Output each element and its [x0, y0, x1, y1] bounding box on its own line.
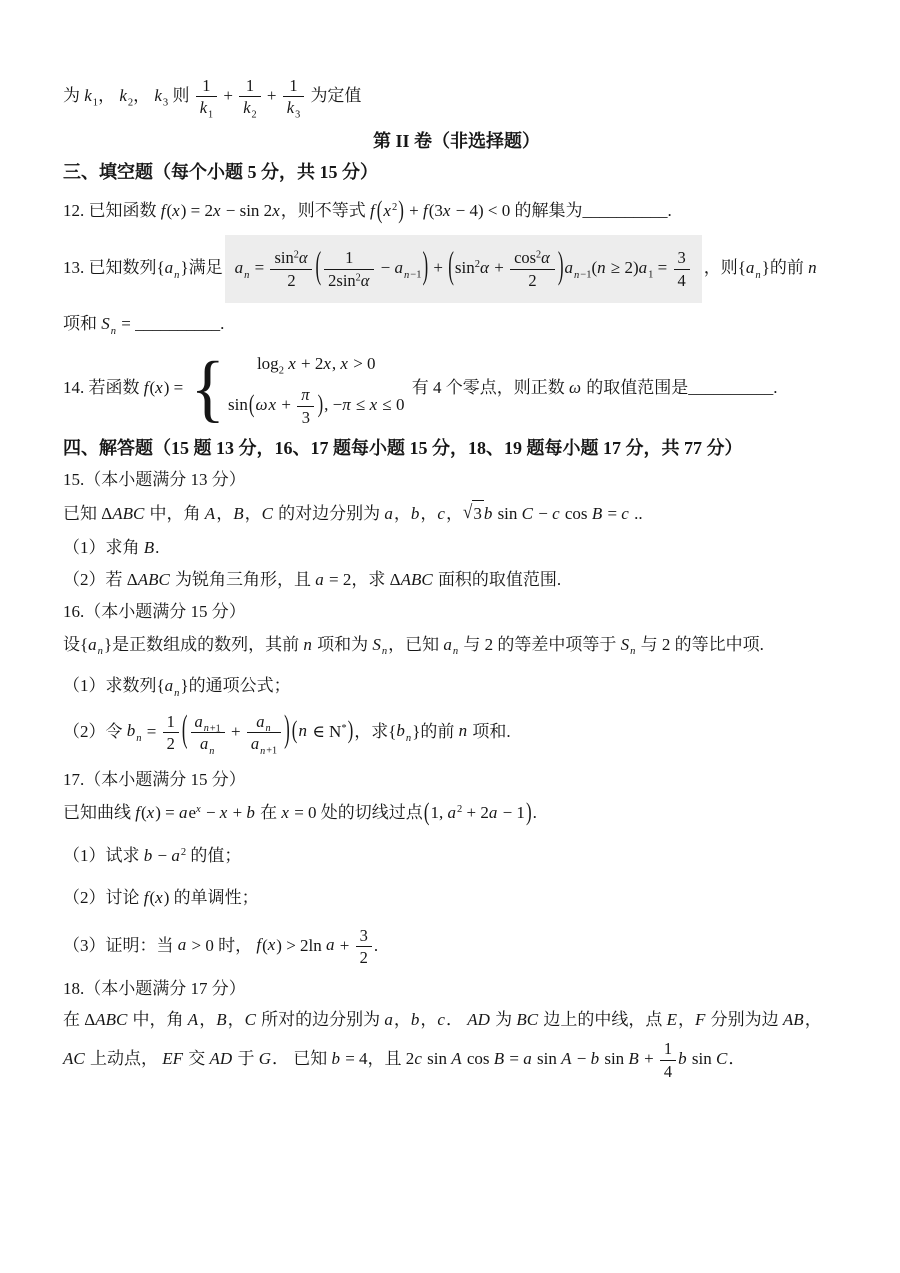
- math-var: c: [414, 1049, 423, 1068]
- text-run: ..: [630, 504, 643, 523]
- text-run: +: [336, 935, 354, 954]
- text-run: −: [202, 803, 220, 822]
- text-run: =: [143, 721, 161, 740]
- text-run: 2sin: [328, 271, 355, 290]
- radicand: 3: [472, 500, 484, 527]
- text-run: 上动点，: [86, 1049, 163, 1068]
- denominator: an+1: [247, 733, 281, 753]
- text-run: 已知曲线: [63, 803, 135, 822]
- math-var: a: [564, 258, 574, 277]
- subscript: n: [209, 746, 215, 757]
- text-run: sin: [274, 248, 293, 267]
- superscript: 2: [392, 202, 397, 213]
- math-var: b: [127, 721, 137, 740]
- math-var: AD: [210, 1049, 234, 1068]
- text-run: log: [257, 354, 279, 373]
- math-var: x: [172, 201, 181, 220]
- text-run: ) 的单调性；: [164, 888, 259, 907]
- superscript: *: [341, 723, 346, 734]
- math-var: B: [494, 1049, 505, 1068]
- math-var: n: [459, 721, 469, 740]
- text-run: 中，角: [145, 504, 205, 523]
- math-var: b: [331, 1049, 341, 1068]
- math-var: S: [101, 314, 111, 333]
- numerator: an+1: [191, 712, 225, 733]
- text-run: +: [405, 201, 423, 220]
- big-delimiter: (: [182, 701, 188, 758]
- denominator: 2: [356, 947, 372, 967]
- fraction: 34: [674, 248, 690, 290]
- question-12: 12. 已知函数 f(x) = 2x − sin 2x，则不等式 f(x2) +…: [63, 198, 850, 224]
- math-var: n: [298, 721, 308, 740]
- text-run: sin: [493, 504, 521, 523]
- text-run: 为: [491, 1010, 517, 1029]
- text-run: (3: [429, 201, 443, 220]
- subscript: 2: [252, 110, 257, 121]
- text-run: 设{: [63, 635, 88, 654]
- text-run: ，: [394, 504, 411, 523]
- math-var: b: [396, 721, 406, 740]
- answer-blank: __________: [135, 314, 220, 333]
- subscript: n−1: [404, 270, 421, 281]
- math-var: G: [259, 1049, 272, 1068]
- fraction: 1k1: [196, 76, 217, 118]
- superscript: 2: [356, 272, 361, 283]
- fraction: 1k3: [283, 76, 304, 118]
- math-var: n: [209, 746, 215, 757]
- subscript: n: [266, 723, 272, 734]
- text-run: ，已知: [388, 635, 443, 654]
- math-var: π: [301, 385, 310, 404]
- text-run: sin: [688, 1049, 716, 1068]
- text-run: (: [262, 935, 268, 954]
- fraction: anan+1: [247, 712, 281, 754]
- text-run: 3: [295, 110, 300, 121]
- big-delimiter: ): [526, 793, 532, 831]
- text-run: =: [250, 258, 268, 277]
- math-var: α: [541, 248, 551, 267]
- text-run: 已知 Δ: [63, 504, 112, 523]
- text-run: ，: [420, 1010, 437, 1029]
- text-run: 与 2 的等差中项等于: [459, 635, 621, 654]
- question-17-part2: （2）讨论 f(x) 的单调性；: [63, 885, 850, 911]
- case-row: log2 x + 2x, x > 0: [257, 351, 376, 377]
- numerator: an: [247, 712, 281, 733]
- math-var: α: [480, 258, 490, 277]
- text-run: − 4) < 0 的解集为: [451, 201, 582, 220]
- text-run: 3: [473, 504, 482, 523]
- math-var: ω: [256, 395, 269, 414]
- section3-heading: 三、填空题（每个小题 5 分，共 15 分）: [63, 159, 850, 186]
- math-var: ABC: [95, 1010, 128, 1029]
- math-var: a: [746, 258, 756, 277]
- math-var: n: [597, 258, 607, 277]
- text-run: 在 Δ: [63, 1010, 95, 1029]
- text-run: ． 已知: [272, 1049, 332, 1068]
- text-run: 有 4 个零点，则正数: [407, 378, 569, 397]
- question-16-part1: （1）求数列{an}的通项公式；: [63, 673, 850, 699]
- text-run: +: [490, 258, 508, 277]
- text-run: sin: [423, 1049, 451, 1068]
- math-var: E: [667, 1010, 678, 1029]
- radical: √3: [463, 500, 484, 527]
- text-run: }是正数组成的数列，其前: [104, 635, 303, 654]
- text-run: 1,: [430, 803, 447, 822]
- text-run: =: [653, 258, 671, 277]
- text-run: cos: [463, 1049, 494, 1068]
- big-delimiter: ): [284, 701, 290, 758]
- math-var: a: [447, 803, 457, 822]
- text-run: =: [603, 504, 621, 523]
- fraction: π3: [297, 385, 314, 427]
- text-run: .: [533, 803, 537, 822]
- text-run: 14. 若函数: [63, 378, 144, 397]
- denominator: an: [191, 733, 225, 753]
- math-var: x: [272, 201, 281, 220]
- question-17-part1: （1）试求 b − a2 的值；: [63, 843, 850, 869]
- math-var: x: [383, 201, 392, 220]
- text-run: 2: [360, 948, 368, 967]
- fraction: 14: [660, 1039, 676, 1081]
- math-var: ω: [569, 378, 582, 397]
- math-var: c: [552, 504, 561, 523]
- math-var: c: [437, 504, 446, 523]
- fraction: 12: [163, 712, 179, 754]
- text-run: ∈ N: [308, 721, 341, 740]
- text-run: .: [220, 314, 224, 333]
- subscript: 3: [295, 110, 300, 121]
- math-var: ABC: [401, 570, 434, 589]
- text-run: +: [227, 721, 245, 740]
- text-run: sin: [600, 1049, 628, 1068]
- numerator: 1: [196, 76, 217, 97]
- text-run: 1: [208, 110, 213, 121]
- text-run: ，: [678, 1010, 695, 1029]
- math-var: C: [522, 504, 534, 523]
- math-var: C: [262, 504, 274, 523]
- text-run: 交: [184, 1049, 210, 1068]
- text-run: ≥ 2): [607, 258, 639, 277]
- text-run: 1: [167, 712, 175, 731]
- text-run: ≤: [352, 395, 370, 414]
- text-run: ，: [216, 504, 233, 523]
- text-run: ，: [805, 1010, 822, 1029]
- text-run: − sin 2: [222, 201, 273, 220]
- math-var: x: [213, 201, 222, 220]
- math-var: a: [251, 734, 260, 753]
- question-17-title: 17.（本小题满分 15 分）: [63, 767, 850, 793]
- text-run: +1: [266, 746, 277, 757]
- text-run: 中，角: [128, 1010, 188, 1029]
- text-run: e: [188, 803, 196, 822]
- text-run: 在: [256, 803, 282, 822]
- big-delimiter: (: [377, 191, 383, 229]
- text-run: − 1: [498, 803, 525, 822]
- math-var: x: [370, 395, 379, 414]
- math-var: x: [155, 888, 164, 907]
- subscript: n+1: [260, 746, 277, 757]
- math-var: b: [411, 504, 421, 523]
- numerator: 1: [660, 1039, 676, 1060]
- text-run: 12. 已知函数: [63, 201, 161, 220]
- math-var: S: [621, 635, 631, 654]
- text-run: , −: [324, 395, 342, 414]
- text-run: ) =: [155, 803, 179, 822]
- math-var: k: [243, 98, 251, 117]
- numerator: 1: [283, 76, 304, 97]
- math-var: k: [200, 98, 208, 117]
- question-16-body: 设{an}是正数组成的数列，其前 n 项和为 Sn，已知 an 与 2 的等差中…: [63, 632, 850, 658]
- text-run: ，: [228, 1010, 245, 1029]
- text-run: 项和: [63, 314, 101, 333]
- denominator: 4: [660, 1061, 676, 1081]
- text-run: + 2: [462, 803, 489, 822]
- text-run: 的值；: [186, 846, 241, 865]
- big-delimiter: (: [448, 244, 454, 290]
- math-var: b: [411, 1010, 421, 1029]
- math-var: F: [695, 1010, 706, 1029]
- text-run: + 2: [297, 354, 324, 373]
- text-run: （1）试求: [63, 846, 144, 865]
- text-run: =: [505, 1049, 523, 1068]
- text-run: （1）求角: [63, 538, 144, 557]
- math-var: k: [287, 98, 295, 117]
- math-var: x: [269, 395, 278, 414]
- text-run: 边上的中线，点: [539, 1010, 667, 1029]
- math-var: c: [621, 504, 630, 523]
- text-run: +: [263, 86, 281, 105]
- text-run: 的取值范围是: [582, 378, 688, 397]
- big-delimiter: (: [424, 793, 430, 831]
- math-var: α: [361, 271, 371, 290]
- math-var: b: [591, 1049, 601, 1068]
- numerator: 3: [356, 926, 372, 947]
- fraction: 32: [356, 926, 372, 968]
- text-run: ，: [446, 504, 463, 523]
- math-var: a: [489, 803, 499, 822]
- math-var: x: [323, 354, 332, 373]
- math-var: EF: [162, 1049, 184, 1068]
- text-run: 1: [202, 76, 210, 95]
- text-run: −1: [580, 270, 591, 281]
- text-run: ，则不等式: [281, 201, 370, 220]
- big-delimiter: (: [315, 244, 321, 290]
- math-var: b: [144, 846, 154, 865]
- math-var: n: [266, 723, 272, 734]
- text-run: cos: [514, 248, 536, 267]
- text-run: （1）求数列{: [63, 676, 165, 695]
- subscript: n−1: [574, 270, 591, 281]
- math-var: ABC: [112, 504, 145, 523]
- denominator: 4: [674, 270, 690, 290]
- text-run: > 0: [349, 354, 376, 373]
- numerator: 1: [324, 248, 374, 269]
- math-var: AC: [63, 1049, 86, 1068]
- text-run: 项和.: [468, 721, 511, 740]
- question-16-title: 16.（本小题满分 15 分）: [63, 599, 850, 625]
- denominator: 2: [270, 270, 312, 290]
- text-run: +: [219, 86, 237, 105]
- text-run: +: [277, 395, 295, 414]
- text-run: 则: [168, 86, 194, 105]
- text-run: 3: [360, 926, 368, 945]
- text-run: ，: [133, 86, 154, 105]
- text-run: 2: [528, 271, 536, 290]
- numerator: 1: [239, 76, 260, 97]
- math-var: B: [216, 1010, 227, 1029]
- fraction: sin2α2: [270, 248, 312, 290]
- math-var: A: [561, 1049, 572, 1068]
- left-brace-icon: {: [190, 357, 225, 421]
- math-var: BC: [516, 1010, 539, 1029]
- math-var: A: [451, 1049, 462, 1068]
- math-var: A: [205, 504, 216, 523]
- text-run: 4: [678, 271, 686, 290]
- fraction: cos2α2: [510, 248, 555, 290]
- math-var: C: [245, 1010, 257, 1029]
- math-var: π: [342, 395, 352, 414]
- text-run: +: [640, 1049, 658, 1068]
- math-var: a: [395, 258, 405, 277]
- numerator: 1: [163, 712, 179, 733]
- text-run: sin: [455, 258, 475, 277]
- math-var: b: [678, 1049, 688, 1068]
- math-var: S: [372, 635, 382, 654]
- radical-sign-icon: √: [463, 498, 472, 527]
- numerator: cos2α: [510, 248, 555, 269]
- question-15-part1: （1）求角 B.: [63, 535, 850, 561]
- math-var: k: [84, 86, 93, 105]
- math-var: AB: [783, 1010, 805, 1029]
- text-run: 为: [63, 86, 84, 105]
- question-13-line2: 项和 Sn = __________.: [63, 311, 850, 337]
- math-var: a: [171, 846, 181, 865]
- math-var: a: [256, 712, 265, 731]
- text-run: 为定值: [306, 86, 361, 105]
- text-run: .: [668, 201, 672, 220]
- text-run: .: [155, 538, 159, 557]
- text-run: −: [153, 846, 171, 865]
- math-var: k: [119, 86, 128, 105]
- question-16-part2: （2）令 bn = 12(an+1an + anan+1)(n ∈ N*)，求{…: [63, 712, 850, 754]
- text-run: 3: [302, 408, 310, 427]
- text-run: 1: [246, 76, 254, 95]
- text-run: 项和为: [313, 635, 373, 654]
- text-run: (: [141, 803, 147, 822]
- math-var: a: [178, 935, 188, 954]
- text-run: −: [572, 1049, 590, 1068]
- text-run: 2: [392, 202, 397, 213]
- question-18-body-line1: 在 ΔABC 中，角 A，B，C 所对的边分别为 a，b，c． AD 为 BC …: [63, 1007, 850, 1033]
- text-run: ≤ 0: [378, 395, 404, 414]
- big-delimiter: ): [317, 385, 323, 423]
- text-run: }的前: [412, 721, 458, 740]
- big-delimiter: ): [422, 244, 428, 290]
- text-run: 1: [664, 1039, 672, 1058]
- math-var: ABC: [138, 570, 171, 589]
- answer-blank: __________: [583, 201, 668, 220]
- exam-page: 为 k1， k2， k3 则 1k1 + 1k2 + 1k3 为定值 第 II …: [0, 0, 900, 1273]
- text-run: 13. 已知数列{: [63, 258, 165, 277]
- math-var: c: [437, 1010, 446, 1029]
- denominator: 2: [163, 733, 179, 753]
- question-17-body: 已知曲线 f(x) = aex − x + b 在 x = 0 处的切线过点(1…: [63, 800, 850, 826]
- text-run: +1: [210, 723, 221, 734]
- denominator: 2sin2α: [324, 270, 374, 290]
- big-delimiter: ): [348, 711, 354, 749]
- math-var: f: [370, 201, 376, 220]
- text-run: ，: [98, 86, 119, 105]
- math-var: b: [484, 504, 494, 523]
- text-run: ，: [199, 1010, 216, 1029]
- question-15-body: 已知 ΔABC 中，角 A，B，C 的对边分别为 a，b，c，√3b sin C…: [63, 500, 850, 527]
- question-13-line1: 13. 已知数列{an}满足an = sin2α2(12sin2α − an−1…: [63, 235, 850, 303]
- text-run: ，: [245, 504, 262, 523]
- text-run: cos: [561, 504, 592, 523]
- math-var: k: [154, 86, 163, 105]
- math-var: a: [639, 258, 649, 277]
- text-run: 2: [356, 272, 361, 283]
- math-var: α: [299, 248, 309, 267]
- subscript: n+1: [204, 723, 221, 734]
- text-run: ，: [394, 1010, 411, 1029]
- text-run: （2）若 Δ: [63, 570, 138, 589]
- text-run: .: [773, 378, 777, 397]
- text-run: 3: [678, 248, 686, 267]
- text-run: }的前: [762, 258, 808, 277]
- math-var: a: [165, 676, 175, 695]
- text-run: 分别为边: [706, 1010, 783, 1029]
- text-run: = 0 处的切线过点: [290, 803, 423, 822]
- math-var: x: [147, 803, 156, 822]
- text-run: （2）讨论: [63, 888, 144, 907]
- big-delimiter: (: [249, 385, 255, 423]
- denominator: k2: [239, 97, 260, 117]
- continuation-line: 为 k1， k2， k3 则 1k1 + 1k2 + 1k3 为定值: [63, 76, 850, 118]
- math-var: AD: [467, 1010, 491, 1029]
- text-run: sin: [533, 1049, 561, 1068]
- answer-blank: __________: [688, 378, 773, 397]
- text-run: }满足: [180, 258, 222, 277]
- text-run: 面积的取值范围.: [434, 570, 562, 589]
- text-run: sin: [228, 395, 248, 414]
- part2-heading: 第 II 卷（非选择题）: [63, 128, 850, 155]
- math-var: x: [268, 935, 277, 954]
- case-row: sin(ωx + π3), −π ≤ x ≤ 0: [228, 385, 404, 427]
- math-var: a: [326, 935, 336, 954]
- math-var: a: [200, 734, 209, 753]
- math-var: x: [340, 354, 349, 373]
- text-run: +: [228, 803, 246, 822]
- text-run: 的对边分别为: [274, 504, 385, 523]
- math-var: a: [384, 1010, 394, 1029]
- text-run: +: [429, 258, 447, 277]
- math-var: B: [592, 504, 603, 523]
- math-var: B: [233, 504, 244, 523]
- text-run: ．: [728, 1049, 745, 1068]
- question-15-title: 15.（本小题满分 13 分）: [63, 467, 850, 493]
- math-var: a: [195, 712, 204, 731]
- question-18-title: 18.（本小题满分 17 分）: [63, 976, 850, 1002]
- text-run: 1: [289, 76, 297, 95]
- text-run: −1: [410, 270, 421, 281]
- text-run: *: [341, 723, 346, 734]
- math-var: n: [303, 635, 313, 654]
- text-run: 2: [287, 271, 295, 290]
- question-15-part2: （2）若 ΔABC 为锐角三角形，且 a = 2，求 ΔABC 面积的取值范围.: [63, 567, 850, 593]
- numerator: π: [297, 385, 314, 406]
- question-18-body-line2: AC 上动点， EF 交 AD 于 G． 已知 b = 4，且 2c sin A…: [63, 1039, 850, 1081]
